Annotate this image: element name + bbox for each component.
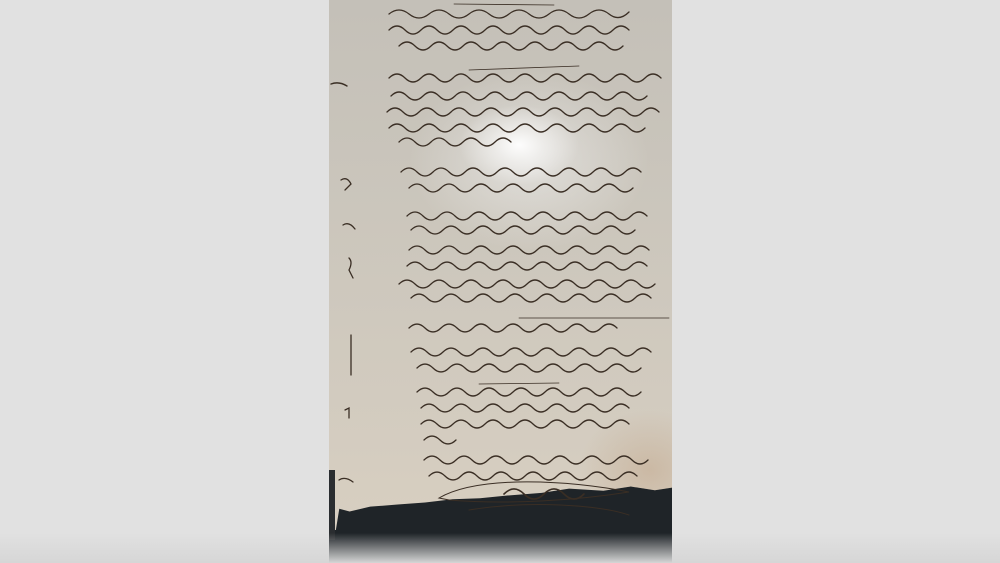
backing-edge [329,470,335,540]
manuscript-photo [329,0,672,563]
frame-shadow [0,533,1000,563]
handwriting-strokes [329,0,672,530]
